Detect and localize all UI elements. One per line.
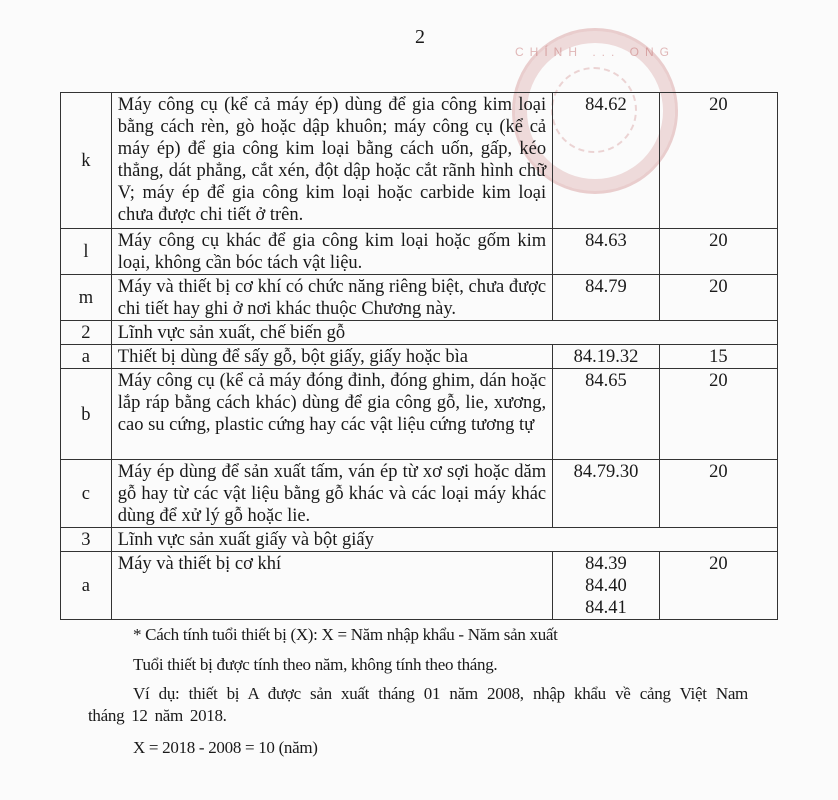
- row-description: Máy công cụ (kể cả máy ép) dùng để gia c…: [111, 93, 552, 229]
- equipment-age-table: kMáy công cụ (kể cả máy ép) dùng để gia …: [60, 92, 778, 620]
- page-number: 2: [400, 26, 440, 49]
- hs-code-cell: 84.65: [553, 369, 660, 460]
- max-age-cell: 20: [659, 369, 777, 460]
- table-row: bMáy công cụ (kể cả máy đóng đinh, đóng …: [61, 369, 778, 460]
- hs-code: 84.40: [559, 575, 653, 597]
- table-body: kMáy công cụ (kể cả máy ép) dùng để gia …: [61, 93, 778, 620]
- table-row: lMáy công cụ khác để gia công kim loại h…: [61, 229, 778, 275]
- hs-code: 84.63: [559, 230, 653, 252]
- stamp-text: CHÍNH ... ONG: [515, 45, 675, 59]
- row-label: k: [61, 93, 112, 229]
- row-label: 2: [61, 321, 112, 345]
- row-description: Máy công cụ (kể cả máy đóng đinh, đóng g…: [111, 369, 552, 460]
- hs-code-cell: 84.19.32: [553, 345, 660, 369]
- section-row: 2Lĩnh vực sản xuất, chế biến gỗ: [61, 321, 778, 345]
- row-label: c: [61, 460, 112, 528]
- max-age-cell: 20: [659, 229, 777, 275]
- hs-code: 84.19.32: [559, 346, 653, 368]
- section-row: 3Lĩnh vực sản xuất giấy và bột giấy: [61, 528, 778, 552]
- table-row: kMáy công cụ (kể cả máy ép) dùng để gia …: [61, 93, 778, 229]
- hs-code: 84.79.30: [559, 461, 653, 483]
- table-row: aThiết bị dùng để sấy gỗ, bột giấy, giấy…: [61, 345, 778, 369]
- max-age-cell: 20: [659, 275, 777, 321]
- row-label: a: [61, 345, 112, 369]
- max-age-cell: 15: [659, 345, 777, 369]
- row-label: 3: [61, 528, 112, 552]
- note-rule: Tuổi thiết bị được tính theo năm, không …: [133, 654, 497, 676]
- row-label: m: [61, 275, 112, 321]
- row-label: l: [61, 229, 112, 275]
- hs-code-cell: 84.62: [553, 93, 660, 229]
- max-age-cell: 20: [659, 460, 777, 528]
- note-example: Ví dụ: thiết bị A được sản xuất tháng 01…: [88, 683, 748, 727]
- note-formula: * Cách tính tuổi thiết bị (X): X = Năm n…: [133, 624, 558, 646]
- section-title: Lĩnh vực sản xuất, chế biến gỗ: [111, 321, 777, 345]
- hs-code: 84.41: [559, 597, 653, 619]
- row-description: Thiết bị dùng để sấy gỗ, bột giấy, giấy …: [111, 345, 552, 369]
- hs-code: 84.79: [559, 276, 653, 298]
- row-description: Máy và thiết bị cơ khí: [111, 552, 552, 620]
- max-age-cell: 20: [659, 93, 777, 229]
- table-row: cMáy ép dùng để sản xuất tấm, ván ép từ …: [61, 460, 778, 528]
- hs-code: 84.39: [559, 553, 653, 575]
- row-description: Máy và thiết bị cơ khí có chức năng riên…: [111, 275, 552, 321]
- row-description: Máy công cụ khác để gia công kim loại ho…: [111, 229, 552, 275]
- row-label: b: [61, 369, 112, 460]
- table-row: aMáy và thiết bị cơ khí84.3984.4084.4120: [61, 552, 778, 620]
- hs-code-cell: 84.79: [553, 275, 660, 321]
- hs-code-cell: 84.79.30: [553, 460, 660, 528]
- row-label: a: [61, 552, 112, 620]
- hs-code: 84.65: [559, 370, 653, 392]
- max-age-cell: 20: [659, 552, 777, 620]
- hs-code: 84.62: [559, 94, 653, 116]
- table-row: mMáy và thiết bị cơ khí có chức năng riê…: [61, 275, 778, 321]
- hs-code-cell: 84.63: [553, 229, 660, 275]
- note-result: X = 2018 - 2008 = 10 (năm): [133, 737, 318, 759]
- row-description: Máy ép dùng để sản xuất tấm, ván ép từ x…: [111, 460, 552, 528]
- section-title: Lĩnh vực sản xuất giấy và bột giấy: [111, 528, 777, 552]
- hs-code-cell: 84.3984.4084.41: [553, 552, 660, 620]
